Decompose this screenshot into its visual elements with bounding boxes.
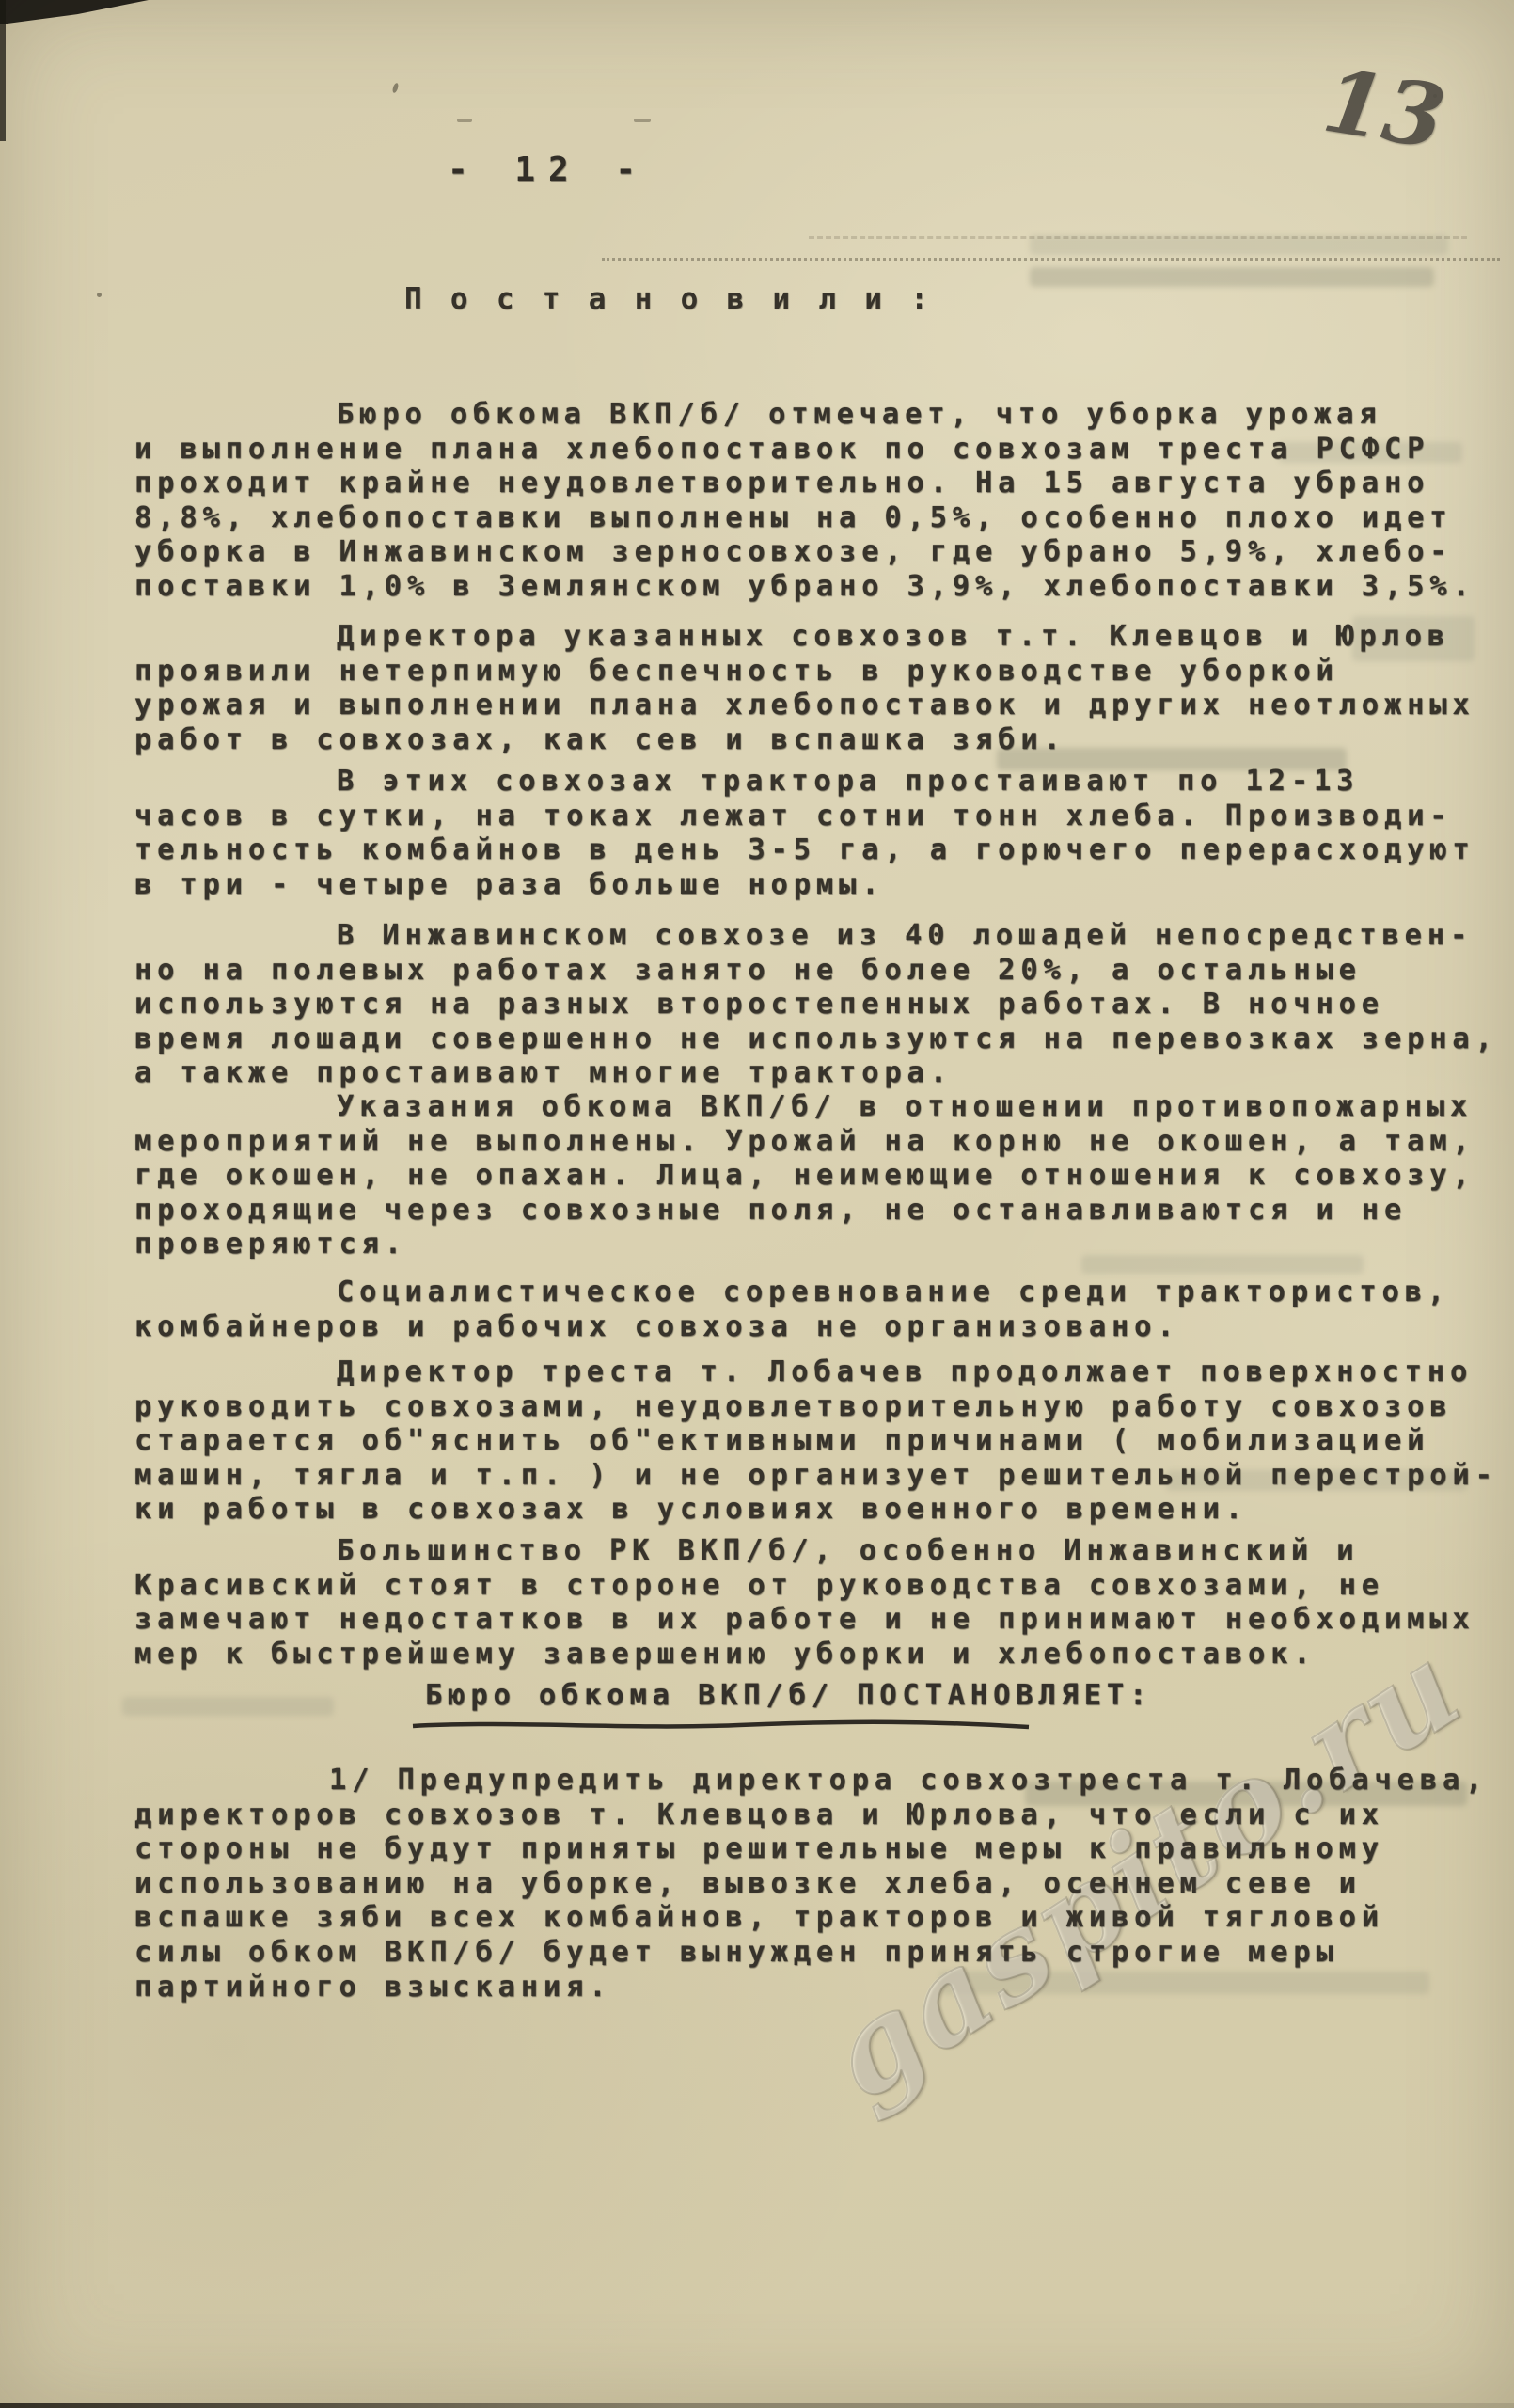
section-heading: П о с т а н о в и л и : xyxy=(404,282,934,316)
ink-speck xyxy=(97,293,102,297)
top-left-corner-shadow xyxy=(0,0,149,24)
left-edge-shadow xyxy=(0,0,6,141)
paragraph-2: Директора указанных совхозов т.т. Клевцо… xyxy=(134,620,1512,757)
paragraph-3: В этих совхозах трактора простаивают по … xyxy=(134,765,1512,902)
dotted-bleed-line xyxy=(602,258,1500,261)
dotted-bleed-line xyxy=(809,236,1467,239)
bleed-through-smudge xyxy=(122,1697,334,1716)
paragraph-1: Бюро обкома ВКП/б/ отмечает, что уборка … xyxy=(134,398,1512,605)
handwritten-folio-number: 13 xyxy=(1317,50,1451,169)
typed-page-number: - 12 - xyxy=(448,150,649,189)
paragraph-5: Указания обкома ВКП/б/ в отношении проти… xyxy=(134,1090,1512,1262)
decree-line: Бюро обкома ВКП/б/ ПОСТАНОВЛЯЕТ: xyxy=(425,1679,1152,1712)
bleed-through-smudge xyxy=(1030,267,1434,287)
hand-drawn-underline xyxy=(410,1718,1034,1733)
paragraph-8: Большинство РК ВКП/б/, особенно Инжавинс… xyxy=(134,1534,1512,1671)
document-scan-page: gaspito.ru 13 - 12 - П о с т а н о в и л… xyxy=(0,0,1514,2408)
paragraph-9-resolution-item: 1/ Предупредить директора совхозтреста т… xyxy=(134,1764,1512,2004)
paragraph-6: Социалистическое соревнование среди трак… xyxy=(134,1275,1512,1344)
stray-dash-mark xyxy=(634,119,651,122)
paragraph-4: В Инжавинском совхозе из 40 лошадей непо… xyxy=(134,919,1512,1091)
stray-dash-mark xyxy=(457,119,472,122)
paragraph-7: Директор треста т. Лобачев продолжает по… xyxy=(134,1355,1512,1528)
bottom-edge-shadow xyxy=(0,2403,1514,2408)
ink-speck xyxy=(391,82,399,93)
